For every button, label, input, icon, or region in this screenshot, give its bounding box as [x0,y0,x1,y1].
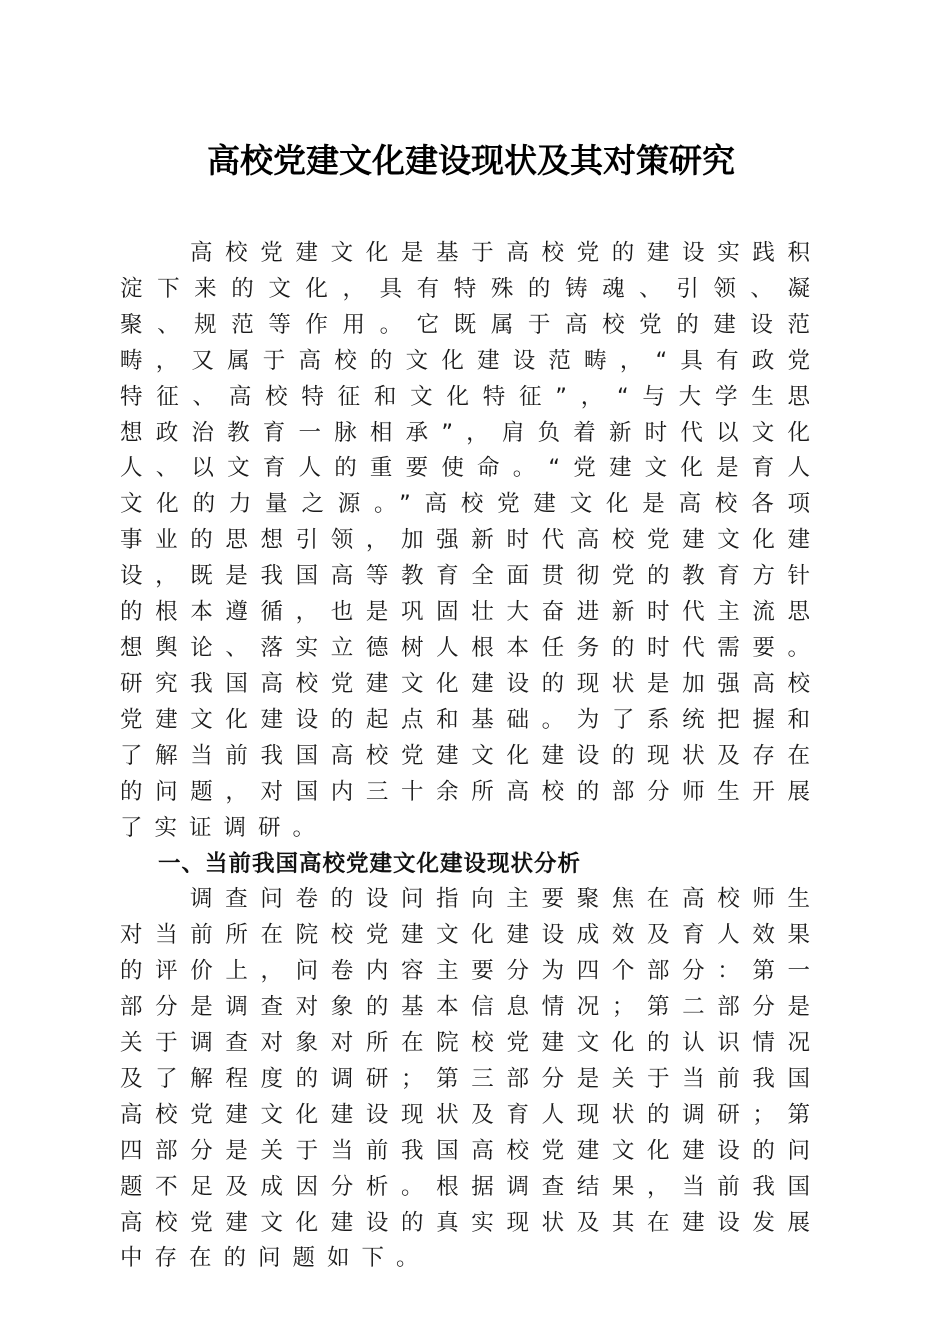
document-page: 高校党建文化建设现状及其对策研究 高校党建文化是基于高校党的建设实践积淀下来的文… [120,138,822,1277]
section-1-paragraph: 调查问卷的设问指向主要聚焦在高校师生对当前所在院校党建文化建设成效及育人效果的评… [120,882,822,1277]
document-title: 高校党建文化建设现状及其对策研究 [120,138,822,184]
document-body: 高校党建文化是基于高校党的建设实践积淀下来的文化，具有特殊的铸魂、引领、凝聚、规… [120,236,822,1277]
section-heading-1: 一、当前我国高校党建文化建设现状分析 [120,846,822,882]
intro-paragraph: 高校党建文化是基于高校党的建设实践积淀下来的文化，具有特殊的铸魂、引领、凝聚、规… [120,236,822,846]
